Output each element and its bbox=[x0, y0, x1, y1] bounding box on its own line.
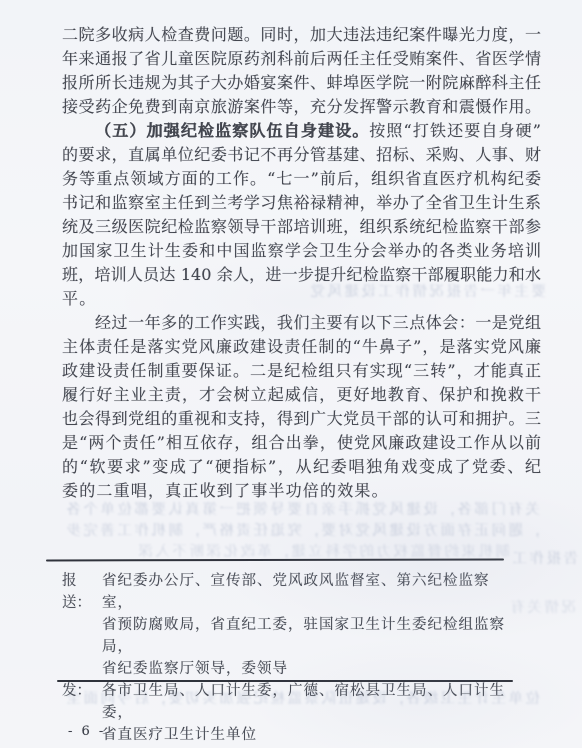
distribution-text: 省纪委监察厅领导，委领导 bbox=[102, 658, 516, 680]
distribution-line: 省直医疗卫生计生单位 bbox=[62, 724, 516, 746]
bleed-through-text: 关有门部各，设建风党抓手亲自要导领把一第真认要都位单个各 bbox=[64, 502, 540, 518]
text-line: 履行好主业主责，才会树立起威信，更好地教育、保护和挽救干部， bbox=[62, 383, 541, 407]
bleed-through-text: ，题问正存面方设建风党对要，究追任责格严，制机作工善完步一进 bbox=[64, 523, 540, 539]
distribution-block: 报送：省纪委办公厅、宣传部、党风政风监督室、第六纪检监察室，省预防腐败局，省直纪… bbox=[62, 570, 516, 746]
separator-line-top bbox=[46, 559, 504, 562]
line-text: 二院多收病人检查费问题。同时，加大违法违纪案件曝光力度，一 bbox=[62, 25, 541, 44]
line-text: 书记和监察室主任到兰考学习焦裕禄精神，举办了全省卫生计生系 bbox=[62, 193, 541, 212]
line-text: 平。 bbox=[62, 289, 96, 308]
distribution-text: 省直医疗卫生计生单位 bbox=[102, 724, 516, 746]
distribution-label bbox=[62, 658, 102, 680]
text-line: 也会得到党组的重视和支持，得到广大党员干部的认可和拥护。三 bbox=[62, 407, 541, 431]
distribution-label: 发： bbox=[62, 680, 102, 724]
distribution-text: 省纪委办公厅、宣传部、党风政风监督室、第六纪检监察室， bbox=[102, 570, 516, 614]
line-text: 接受药企免费到南京旅游案件等，充分发挥警示教育和震慑作用。 bbox=[62, 97, 541, 116]
distribution-text: 省预防腐败局，省直纪工委，驻国家卫生计生委纪检组监察局， bbox=[102, 614, 516, 658]
line-text: 年来通报了省儿童医院原药剂科前后两任主任受贿案件、省医学情 bbox=[62, 49, 541, 68]
page-number: - 6 - bbox=[68, 724, 106, 739]
line-text: 也会得到党组的重视和支持，得到广大党员干部的认可和拥护。三 bbox=[62, 409, 541, 428]
text-line: 是“两个责任”相互依存，组合出拳，使党风廉政建设工作从以前 bbox=[62, 431, 541, 455]
line-text: 班，培训人员达 140 余人，进一步提升纪检监察干部履职能力和水 bbox=[62, 265, 541, 284]
distribution-line: 省纪委监察厅领导，委领导 bbox=[62, 658, 516, 680]
line-text: 的“软要求”变成了“硬指标”，从纪委唱独角戏变成了党委、纪 bbox=[62, 457, 541, 476]
line-text: 的要求，直属单位纪委书记不再分管基建、招标、采购、人事、财 bbox=[62, 145, 541, 164]
text-line: （五）加强纪检监察队伍自身建设。按照“打铁还要自身硬” bbox=[62, 119, 541, 143]
text-line: 政建设责任制重要保证。二是纪检组只有实现“三转”，才能真正 bbox=[62, 359, 541, 383]
bleed-through-text: 告报作工 bbox=[506, 551, 578, 567]
line-text: 履行好主业主责，才会树立起威信，更好地教育、保护和挽救干部， bbox=[62, 385, 541, 407]
text-line: 的要求，直属单位纪委书记不再分管基建、招标、采购、人事、财 bbox=[62, 143, 541, 167]
separator-line-bottom bbox=[57, 680, 513, 682]
document-page: 二院多收病人检查费问题。同时，加大违法违纪案件曝光力度，一年来通报了省儿童医院原… bbox=[0, 0, 582, 748]
document-body: 二院多收病人检查费问题。同时，加大违法违纪案件曝光力度，一年来通报了省儿童医院原… bbox=[62, 23, 541, 503]
distribution-text: 各市卫生局、人口计生委，广德、宿松县卫生局、人口计生委， bbox=[102, 680, 516, 724]
distribution-line: 报送：省纪委办公厅、宣传部、党风政风监督室、第六纪检监察室， bbox=[62, 570, 516, 614]
line-text: 按照“打铁还要自身硬” bbox=[369, 121, 541, 140]
line-text: 政建设责任制重要保证。二是纪检组只有实现“三转”，才能真正 bbox=[62, 361, 541, 380]
text-line: 务等重点领域方面的工作。“七一”前后，组织省直医疗机构纪委 bbox=[62, 167, 541, 191]
distribution-label: 报送： bbox=[62, 570, 102, 614]
line-text: 务等重点领域方面的工作。“七一”前后，组织省直医疗机构纪委 bbox=[62, 169, 541, 188]
text-line: 报所所长违规为其子大办婚宴案件、蚌埠医学院一附院麻醉科主任 bbox=[62, 71, 541, 95]
text-line: 统及三级医院纪检监察领导干部培训班，组织系统纪检监察干部参 bbox=[62, 215, 541, 239]
text-line: 的“软要求”变成了“硬指标”，从纪委唱独角戏变成了党委、纪 bbox=[62, 455, 541, 479]
text-line: 平。 bbox=[62, 287, 541, 311]
line-text: 主体责任是落实党风廉政建设责任制的“牛鼻子”，是落实党风廉 bbox=[62, 337, 541, 356]
text-line: 接受药企免费到南京旅游案件等，充分发挥警示教育和震慑作用。 bbox=[62, 95, 541, 119]
text-line: 书记和监察室主任到兰考学习焦裕禄精神，举办了全省卫生计生系 bbox=[62, 191, 541, 215]
bleed-through-text: 制机束约督监权力的学科立建，革改化深断不入深 bbox=[64, 544, 510, 560]
line-text: 报所所长违规为其子大办婚宴案件、蚌埠医学院一附院麻醉科主任 bbox=[62, 73, 541, 92]
line-text: 经过一年多的工作实践，我们主要有以下三点体会：一是党组 bbox=[95, 313, 541, 332]
distribution-line: 发：各市卫生局、人口计生委，广德、宿松县卫生局、人口计生委， bbox=[62, 680, 516, 724]
text-line: 加国家卫生计生委和中国监察学会卫生分会举办的各类业务培训 bbox=[62, 239, 541, 263]
section-heading: （五）加强纪检监察队伍自身建设。 bbox=[95, 121, 369, 140]
line-text: 委的二重唱，真正收到了事半功倍的效果。 bbox=[62, 481, 389, 500]
bleed-through-text: 况情关有 bbox=[512, 600, 576, 616]
distribution-line: 省预防腐败局，省直纪工委，驻国家卫生计生委纪检组监察局， bbox=[62, 614, 516, 658]
text-line: 主体责任是落实党风廉政建设责任制的“牛鼻子”，是落实党风廉 bbox=[62, 335, 541, 359]
text-line: 年来通报了省儿童医院原药剂科前后两任主任受贿案件、省医学情 bbox=[62, 47, 541, 71]
line-text: 统及三级医院纪检监察领导干部培训班，组织系统纪检监察干部参 bbox=[62, 217, 541, 236]
line-text: 是“两个责任”相互依存，组合出拳，使党风廉政建设工作从以前 bbox=[62, 433, 541, 452]
text-line: 经过一年多的工作实践，我们主要有以下三点体会：一是党组 bbox=[62, 311, 541, 335]
text-line: 二院多收病人检查费问题。同时，加大违法违纪案件曝光力度，一 bbox=[62, 23, 541, 47]
text-line: 班，培训人员达 140 余人，进一步提升纪检监察干部履职能力和水 bbox=[62, 263, 541, 287]
line-text: 加国家卫生计生委和中国监察学会卫生分会举办的各类业务培训 bbox=[62, 241, 541, 260]
distribution-label bbox=[62, 614, 102, 658]
text-line: 委的二重唱，真正收到了事半功倍的效果。 bbox=[62, 479, 541, 503]
